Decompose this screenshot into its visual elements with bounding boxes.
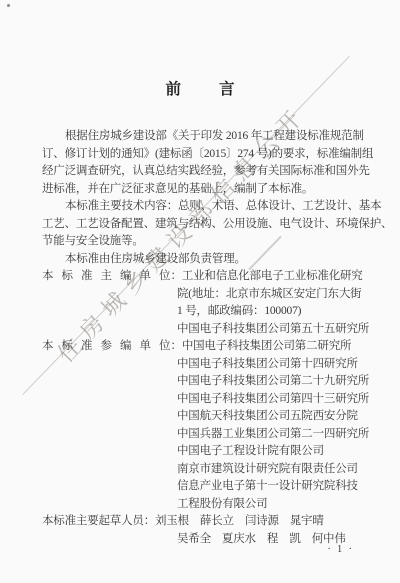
participant-unit: 中国兵器工业集团公司第二一四研究所 <box>177 428 369 440</box>
participant-unit: 南京市建筑设计研究院有限责任公司 <box>177 463 358 475</box>
drafter-name: 刘玉根 <box>155 515 189 527</box>
text-line: 进标准，并在广泛征求意见的基础上，编制了本标准。 <box>42 181 364 199</box>
chief-editor-paragraph: 本标准主编单位：工业和信息化部电子工业标准化研究 院(地址：北京市东城区安定门东… <box>42 268 364 338</box>
participant-unit: 中国电子科技集团公司第二十九研究所 <box>177 375 369 387</box>
chief-editor-label: 本标准主编单位 <box>42 270 179 282</box>
chief-editor-line: 工业和信息化部电子工业标准化研究 <box>182 270 363 282</box>
chief-editor-line: 1 号，邮政编码：100007) <box>177 305 301 317</box>
text-line: 根据住房城乡建设部《关于印发 2016 年工程建设标准规范制 <box>42 128 364 146</box>
drafter-row: 刘玉根薛长立闫诗源晁宇晴 <box>155 515 324 527</box>
paragraph-contents: 本标准主要技术内容：总则、术语、总体设计、工艺设计、基本 工艺、工艺设备配置、建… <box>42 198 364 251</box>
paragraph-management: 本标准由住房城乡建设部负责管理。 <box>42 251 364 269</box>
chief-editor-line: 院(地址：北京市东城区安定门东大街 <box>177 288 361 300</box>
text-line: 本标准主要技术内容：总则、术语、总体设计、工艺设计、基本 <box>42 198 364 216</box>
chief-editor-colon: ： <box>171 270 182 282</box>
text-line: 节能与安全设施等。 <box>42 233 364 251</box>
participant-unit: 信息产业电子第十一设计研究院科技 <box>177 480 358 492</box>
drafter-name: 夏庆水 <box>222 533 256 545</box>
drafter-name: 薛长立 <box>200 515 234 527</box>
drafter-name: 程 凯 <box>267 533 301 545</box>
participant-unit: 中国航天科技集团公司五院西安分院 <box>177 410 358 422</box>
preface-title: 前 言 <box>0 77 400 99</box>
participant-unit: 中国电子科技集团公司第二研究所 <box>182 340 352 352</box>
participant-unit: 中国电子工程设计院有限公司 <box>177 445 324 457</box>
participant-unit: 中国电子科技集团公司第四十三研究所 <box>177 393 369 405</box>
drafter-name: 晁宇晴 <box>290 515 324 527</box>
drafters-paragraph: 本标准主要起草人员：刘玉根薛长立闫诗源晁宇晴 吴希全夏庆水程 凯何中伟 <box>42 513 364 548</box>
preface-title-char-1: 前 <box>165 77 181 99</box>
drafter-name: 何中伟 <box>312 533 346 545</box>
document-page-scan: 住房城乡建设部信息公开 前 言 根据住房城乡建设部《关于印发 2016 年工程建… <box>0 0 400 583</box>
participant-unit: 中国电子科技集团公司第十四研究所 <box>177 358 358 370</box>
text-line: 经广泛调查研究，认真总结实践经验，参考有关国际标准和国外先 <box>42 163 364 181</box>
drafters-colon: ： <box>144 515 155 527</box>
preface-title-char-2: 言 <box>219 77 235 99</box>
text-line: 订、修订计划的通知》(建标函〔2015〕274 号)的要求，标准编制组 <box>42 146 364 164</box>
page-number: · 1 · <box>327 544 354 555</box>
participants-label: 本标准参编单位 <box>42 340 179 352</box>
drafters-label: 本标准主要起草人员 <box>42 515 144 527</box>
preface-body: 根据住房城乡建设部《关于印发 2016 年工程建设标准规范制 订、修订计划的通知… <box>42 128 364 548</box>
participants-colon: ： <box>171 340 182 352</box>
scan-speck <box>7 4 10 7</box>
chief-editor-line: 中国电子科技集团公司第五十五研究所 <box>177 323 369 335</box>
participants-paragraph: 本标准参编单位：中国电子科技集团公司第二研究所 中国电子科技集团公司第十四研究所… <box>42 338 364 513</box>
drafter-row: 吴希全夏庆水程 凯何中伟 <box>177 533 346 545</box>
paragraph-basis: 根据住房城乡建设部《关于印发 2016 年工程建设标准规范制 订、修订计划的通知… <box>42 128 364 198</box>
participant-unit: 工程股份有限公司 <box>177 498 267 510</box>
drafter-name: 吴希全 <box>177 533 211 545</box>
text-line: 工艺、工艺设备配置、建筑与结构、公用设施、电气设计、环境保护、 <box>42 216 364 234</box>
drafter-name: 闫诗源 <box>245 515 279 527</box>
